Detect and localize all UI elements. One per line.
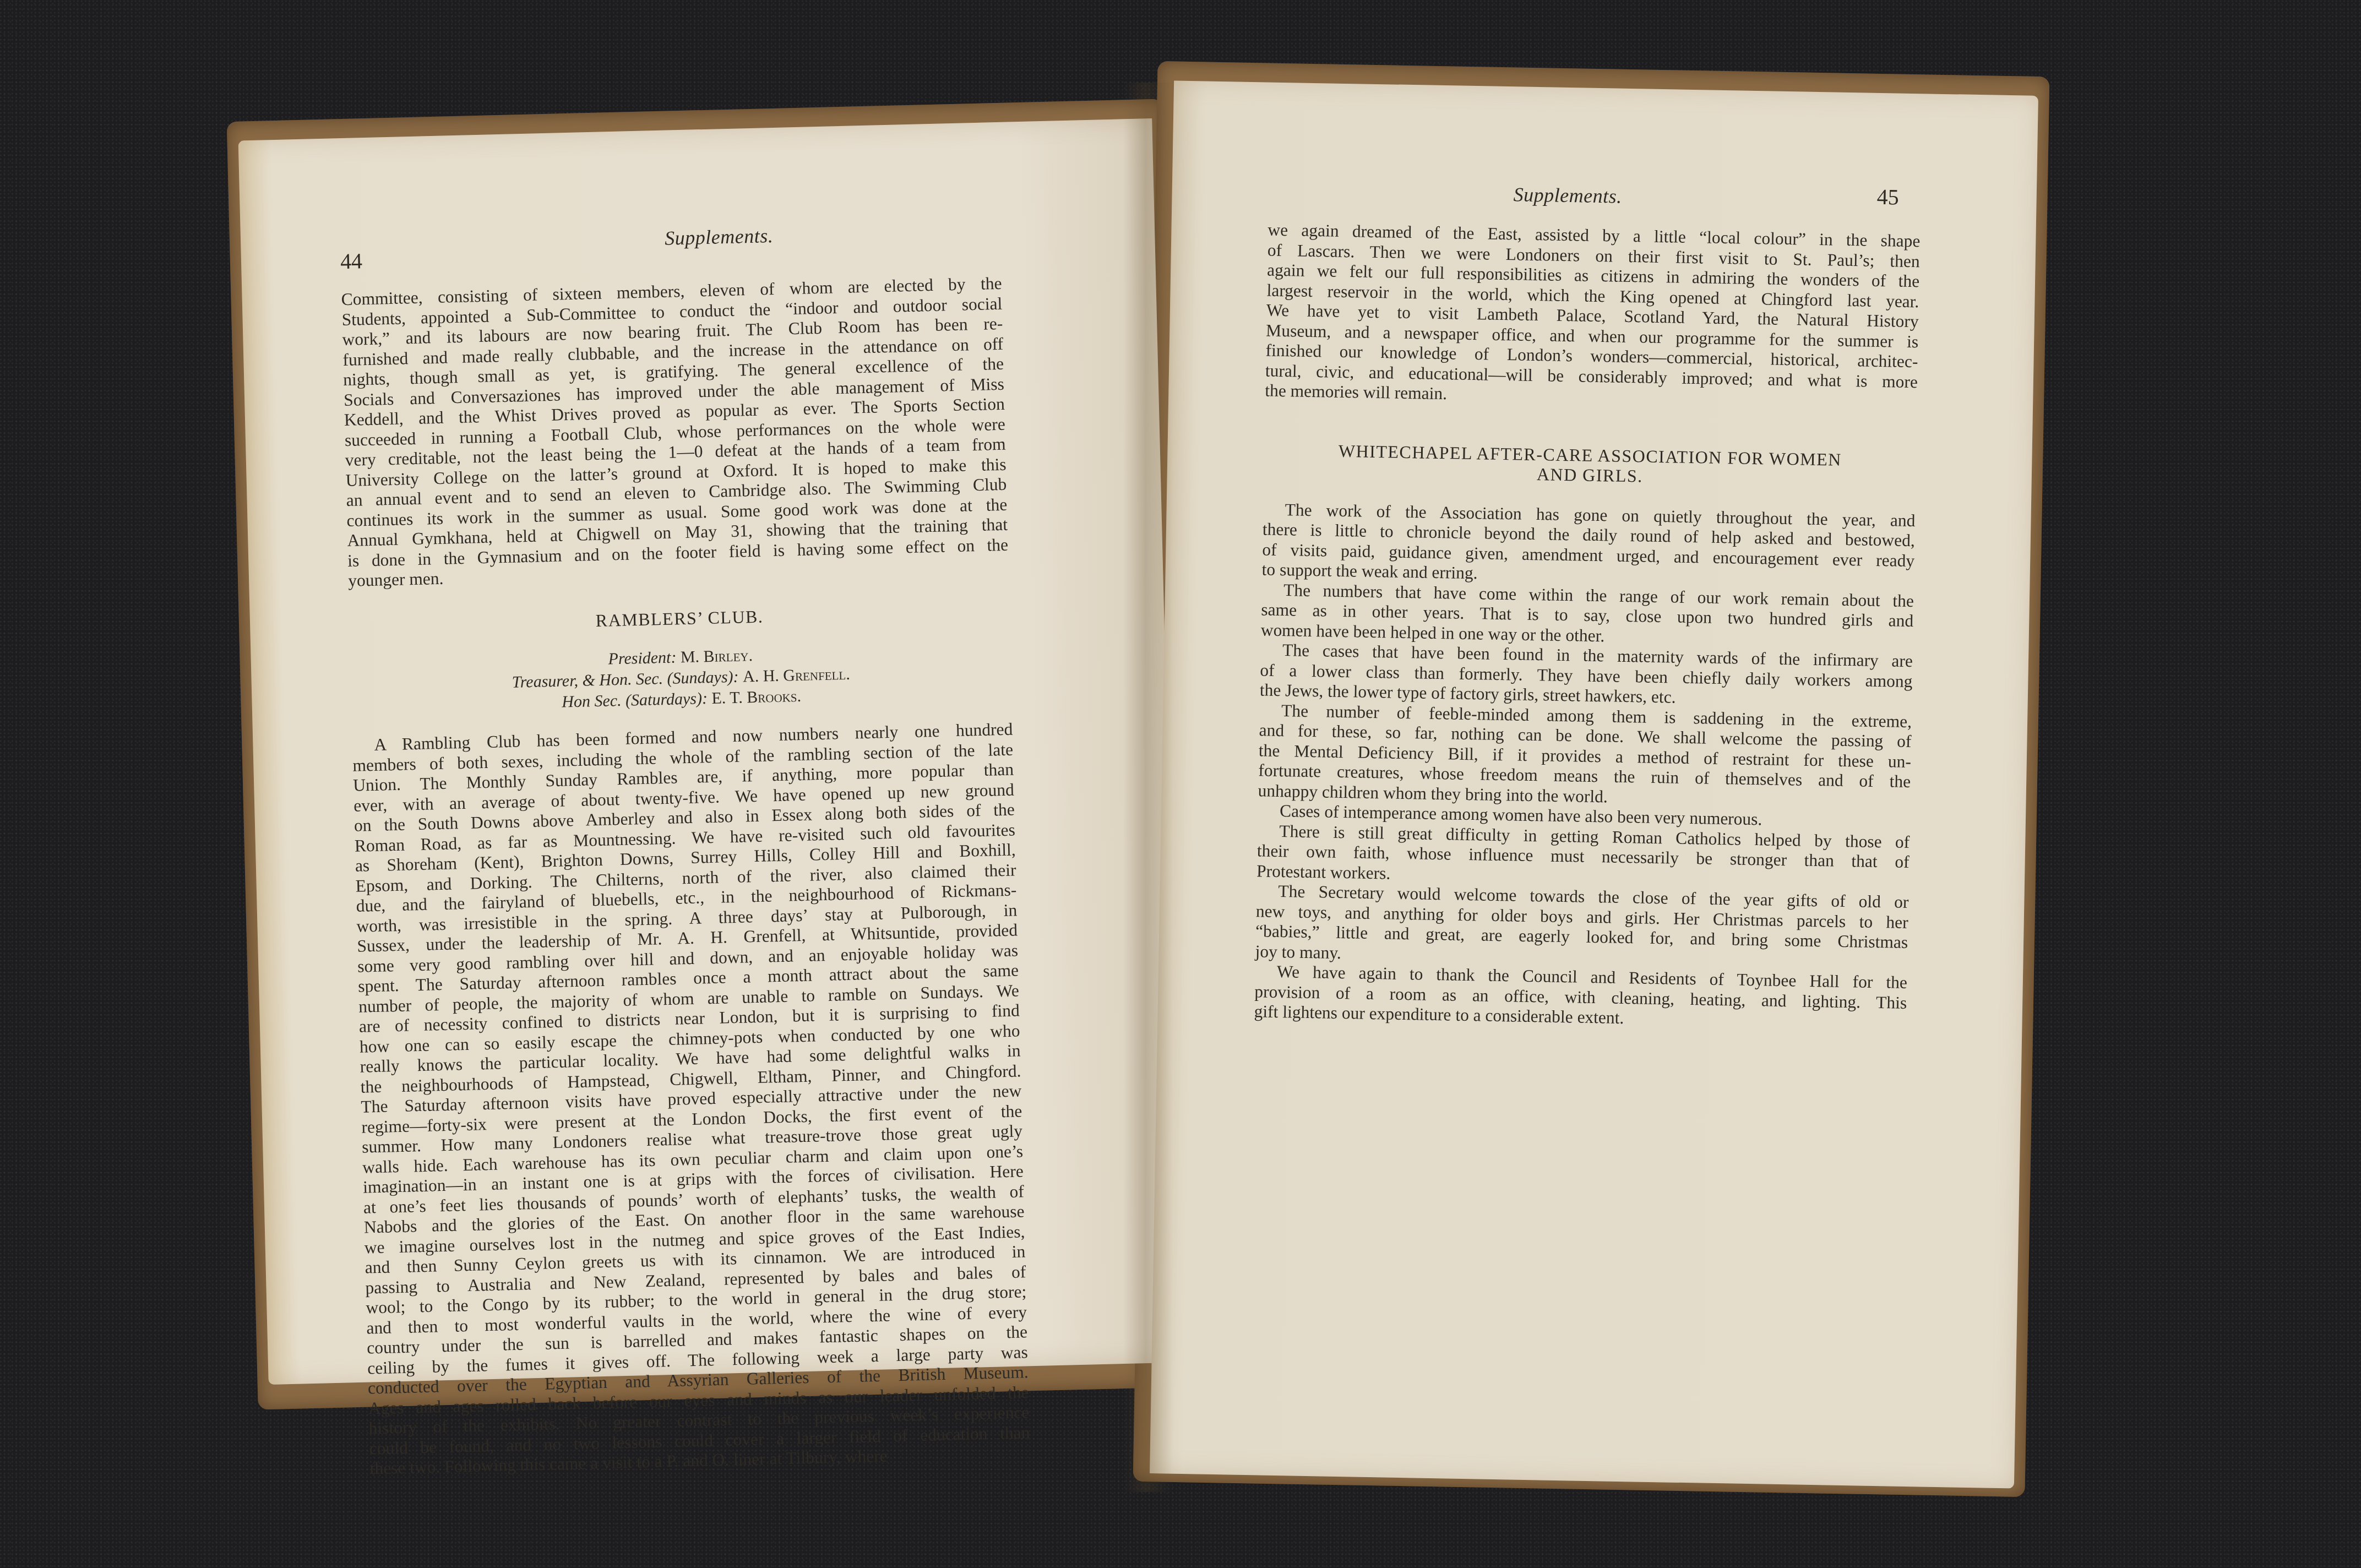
- book-spine: [1123, 83, 1173, 1492]
- paragraph: There is still great difficulty in getti…: [1256, 821, 1910, 892]
- paragraph: The Secretary would welcome towards the …: [1255, 881, 1908, 973]
- ramblers-club-paragraph: A Rambling Club has been formed and now …: [352, 720, 1031, 1479]
- left-page-text: Committee, consisting of sixteen members…: [341, 274, 1030, 1479]
- right-page-text: we again dreamed of the East, assisted b…: [1254, 220, 1920, 1033]
- page-number: 44: [340, 248, 362, 274]
- page-44: 44 Supplements. Committee, consisting of…: [238, 118, 1183, 1385]
- paragraph: The cases that have been found in the ma…: [1260, 640, 1913, 711]
- continuation-paragraph: we again dreamed of the East, assisted b…: [1265, 220, 1921, 412]
- running-head: Supplements.: [1513, 183, 1622, 208]
- paragraph: The number of feeble-minded among them i…: [1258, 700, 1912, 812]
- paragraph: We have again to thank the Council and R…: [1254, 961, 1907, 1033]
- whitechapel-paragraphs: The work of the Association has gone on …: [1254, 499, 1915, 1033]
- intro-paragraph: Committee, consisting of sixteen members…: [341, 274, 1009, 591]
- page-45: Supplements. 45 we again dreamed of the …: [1150, 80, 2038, 1488]
- page-number: 45: [1876, 184, 1899, 210]
- open-book: 44 Supplements. Committee, consisting of…: [0, 0, 2361, 1568]
- paragraph: The work of the Association has gone on …: [1261, 499, 1915, 591]
- section-heading-whitechapel: WHITECHAPEL AFTER-CARE ASSOCIATION FOR W…: [1264, 439, 1917, 491]
- paragraph: The numbers that have come within the ra…: [1260, 580, 1914, 651]
- officers-list: President: M. Birley. Treasurer, & Hon. …: [350, 639, 1012, 718]
- running-head: Supplements.: [665, 224, 774, 250]
- section-heading-ramblers-club: RAMBLERS’ CLUB.: [349, 600, 1010, 636]
